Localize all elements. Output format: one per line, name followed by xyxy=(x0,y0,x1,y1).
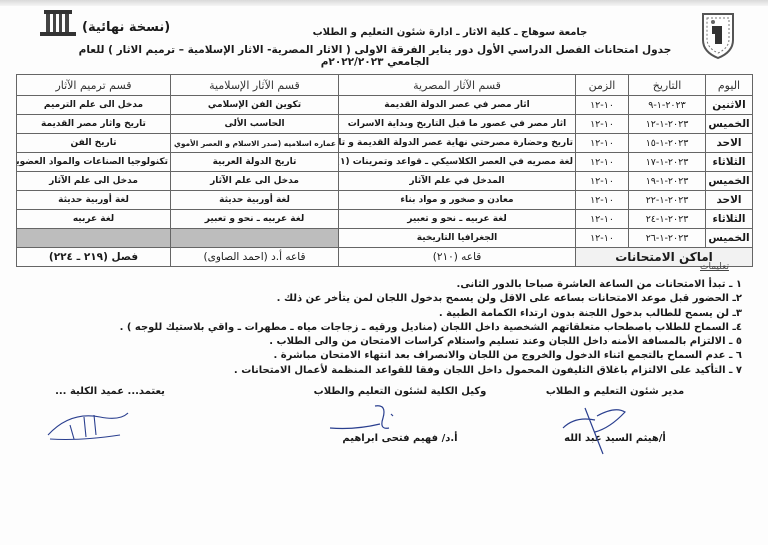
faculty-logo-icon xyxy=(38,8,78,38)
cell-islamic-empty xyxy=(171,229,339,248)
cell-day: الاحد xyxy=(706,134,753,153)
column-header-time: الزمن xyxy=(576,75,629,96)
cell-time: ١٠-١٢ xyxy=(576,191,629,210)
instruction-item: ١ ـ تبدأ الامتحانات من الساعة العاشرة صب… xyxy=(102,278,742,292)
cell-egyptian: تاريخ وحضارة مصرحتي نهاية عصر الدولة الق… xyxy=(339,134,576,153)
instruction-item: ٤ـ السماح للطلاب باصطحاب متعلقاتهم الشخص… xyxy=(102,321,742,335)
cell-restoration: لغة عربيه xyxy=(17,210,171,229)
cell-time: ١٠-١٢ xyxy=(576,172,629,191)
cell-restoration: تاريخ واثار مصر القديمة xyxy=(17,115,171,134)
exam-places-row: اماكن الامتحانات قاعه (٢١٠) قاعه أ.د (اح… xyxy=(17,248,753,267)
cell-date: ٢٠٢٣-١-٢٦ xyxy=(629,229,706,248)
column-header-date: التاريخ xyxy=(629,75,706,96)
final-copy-label: (نسخة نهائية) xyxy=(82,20,170,35)
cell-islamic: مدخل الى علم الآثار xyxy=(171,172,339,191)
cell-date: ٢٠٢٣-١-٢٢ xyxy=(629,191,706,210)
column-header-day: اليوم xyxy=(706,75,753,96)
table-row: الثلاثاء ٢٠٢٣-١-١٧ ١٠-١٢ لغة مصريه في ال… xyxy=(17,153,753,172)
column-header-restoration: قسم ترميم الآثار xyxy=(17,75,171,96)
cell-egyptian: اثار مصر في عصور ما قبل التاريخ وبداية ا… xyxy=(339,115,576,134)
document-title: جدول امتحانات الفصل الدراسي الأول دور ين… xyxy=(70,44,680,68)
institution-line: جامعة سوهاج ـ كلية الاثار ـ ادارة شئون ا… xyxy=(240,27,660,38)
handwritten-signature-icon xyxy=(555,398,635,460)
table-row: الخميس ٢٠٢٣-١-١٢ ١٠-١٢ اثار مصر في عصور … xyxy=(17,115,753,134)
table-header-row: اليوم التاريخ الزمن قسم الآثار المصرية ق… xyxy=(17,75,753,96)
cell-islamic: لغة أوربية حديثة xyxy=(171,191,339,210)
instructions-title: تعليمات xyxy=(700,262,729,272)
instruction-item: ٥ ـ الالتزام بالمسافة الأمنه داخل اللجان… xyxy=(102,335,742,349)
table-row: الاحد ٢٠٢٣-١-٢٢ ١٠-١٢ معادن و صخور و موا… xyxy=(17,191,753,210)
instruction-item: ٦ ـ عدم السماح بالتجمع اثناء الدخول والخ… xyxy=(102,349,742,363)
column-header-egyptian: قسم الآثار المصرية xyxy=(339,75,576,96)
signature-title: وكيل الكلية لشئون التعليم والطلاب xyxy=(300,386,500,397)
cell-date: ٢٠٢٣-١-٩ xyxy=(629,96,706,115)
cell-day: الثلاثاء xyxy=(706,210,753,229)
signature-title: يعتمد... عميد الكلية ... xyxy=(40,386,180,397)
cell-egyptian: المدخل في علم الآثار xyxy=(339,172,576,191)
cell-day: الثلاثاء xyxy=(706,153,753,172)
instructions-list: ١ ـ تبدأ الامتحانات من الساعة العاشرة صب… xyxy=(102,278,742,378)
university-emblem-icon xyxy=(700,10,736,60)
instruction-item: ٣ـ لن يسمح للطالب بدخول اللجنة بدون ارتد… xyxy=(102,307,742,321)
cell-day: الاثنين xyxy=(706,96,753,115)
cell-time: ١٠-١٢ xyxy=(576,115,629,134)
cell-islamic: الحاسب الألى xyxy=(171,115,339,134)
cell-restoration: مدخل الى علم الآثار xyxy=(17,172,171,191)
cell-restoration: تكنولوجيا الصناعات والمواد العضوية xyxy=(17,153,171,172)
handwritten-signature-icon xyxy=(325,400,405,440)
place-islamic: قاعه أ.د (احمد الصاوى) xyxy=(171,248,339,267)
cell-day: الخميس xyxy=(706,115,753,134)
signature-title: مدير شئون التعليم و الطلاب xyxy=(530,386,700,397)
cell-day: الخميس xyxy=(706,229,753,248)
cell-islamic: تكوين الفن الإسلامي xyxy=(171,96,339,115)
exam-schedule-document: (نسخة نهائية) جامعة سوهاج ـ كلية الاثار … xyxy=(0,0,768,545)
cell-egyptian: معادن و صخور و مواد بناء xyxy=(339,191,576,210)
cell-date: ٢٠٢٣-١-١٥ xyxy=(629,134,706,153)
cell-islamic: لغة عربيه ـ نحو و تعبير xyxy=(171,210,339,229)
table-row: الثلاثاء ٢٠٢٣-١-٢٤ ١٠-١٢ لغة عربيه ـ نحو… xyxy=(17,210,753,229)
cell-time: ١٠-١٢ xyxy=(576,210,629,229)
instruction-item: ٢ـ الحضور قبل موعد الامتحانات بساعه على … xyxy=(102,292,742,306)
exam-schedule-table: اليوم التاريخ الزمن قسم الآثار المصرية ق… xyxy=(16,74,753,267)
cell-islamic: تاريخ الدولة العربية xyxy=(171,153,339,172)
cell-islamic: عماره اسلاميه (صدر الاسلام و العصر الأمو… xyxy=(171,134,339,153)
cell-egyptian: لغة مصريه في العصر الكلاسيكي ـ قواعد وتم… xyxy=(339,153,576,172)
cell-date: ٢٠٢٣-١-١٢ xyxy=(629,115,706,134)
cell-restoration: لغة أوربية حديثة xyxy=(17,191,171,210)
cell-time: ١٠-١٢ xyxy=(576,134,629,153)
cell-egyptian: اثار مصر في عصر الدولة القديمة xyxy=(339,96,576,115)
cell-date: ٢٠٢٣-١-٢٤ xyxy=(629,210,706,229)
cell-egyptian: لغة عربيه ـ نحو و تعبير xyxy=(339,210,576,229)
cell-egyptian: الجغرافيا التاريخية xyxy=(339,229,576,248)
cell-date: ٢٠٢٣-١-١٩ xyxy=(629,172,706,191)
table-row: الخميس ٢٠٢٣-١-١٩ ١٠-١٢ المدخل في علم الآ… xyxy=(17,172,753,191)
table-row: الاثنين ٢٠٢٣-١-٩ ١٠-١٢ اثار مصر في عصر ا… xyxy=(17,96,753,115)
cell-day: الاحد xyxy=(706,191,753,210)
cell-restoration: مدخل الى علم الترميم xyxy=(17,96,171,115)
table-row: الاحد ٢٠٢٣-١-١٥ ١٠-١٢ تاريخ وحضارة مصرحت… xyxy=(17,134,753,153)
column-header-islamic: قسم الآثار الإسلامية xyxy=(171,75,339,96)
cell-restoration-empty xyxy=(17,229,171,248)
cell-restoration: تاريخ الفن xyxy=(17,134,171,153)
cell-time: ١٠-١٢ xyxy=(576,153,629,172)
scan-edge xyxy=(0,0,768,6)
cell-time: ١٠-١٢ xyxy=(576,96,629,115)
place-egyptian: قاعه (٢١٠) xyxy=(339,248,576,267)
cell-date: ٢٠٢٣-١-١٧ xyxy=(629,153,706,172)
handwritten-signature-icon xyxy=(40,405,135,445)
signature-block-dean: يعتمد... عميد الكلية ... xyxy=(40,386,180,397)
place-restoration: فصل (٢١٩ ـ ٢٢٤) xyxy=(17,248,171,267)
cell-day: الخميس xyxy=(706,172,753,191)
cell-time: ١٠-١٢ xyxy=(576,229,629,248)
table-row: الخميس ٢٠٢٣-١-٢٦ ١٠-١٢ الجغرافيا التاريخ… xyxy=(17,229,753,248)
instruction-item: ٧ ـ التأكيد على الالتزام باغلاق التليفون… xyxy=(102,364,742,378)
